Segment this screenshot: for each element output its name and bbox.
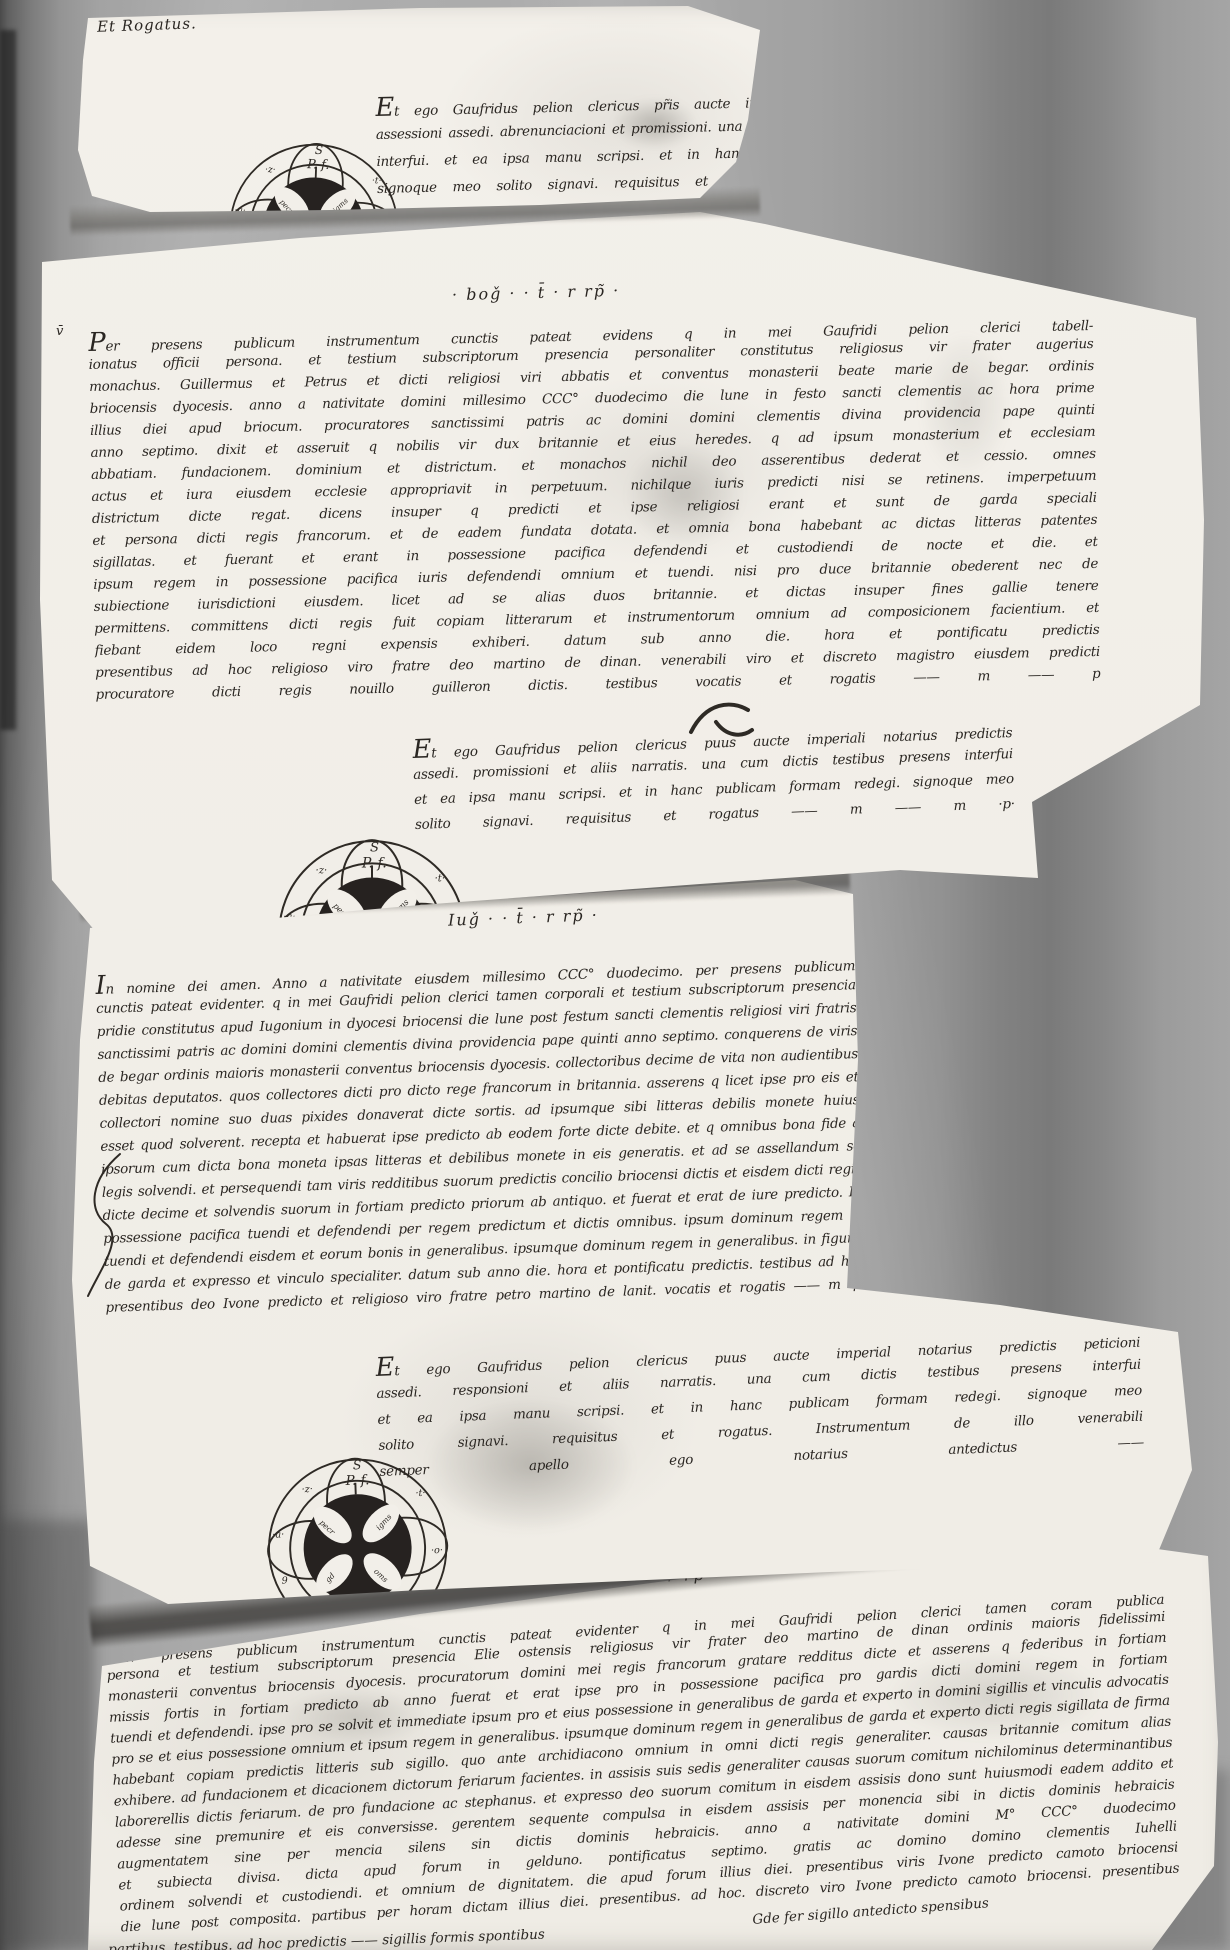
background-dark-strip (0, 30, 16, 730)
notarial-sign-icon (138, 1336, 357, 1555)
pen-flourish-icon (686, 692, 756, 747)
docket-heading: · boǧ · · t̄ · r rp̃ · (452, 281, 621, 304)
notary-subscription-text: Et ego Gaufridus pelion clericus puus au… (375, 1326, 1144, 1485)
background-shadow (0, 1520, 95, 1950)
notarial-sign-icon (112, 21, 324, 228)
charter-body-text: In nomine dei amen. Anno a nativitate ei… (95, 951, 865, 1320)
margin-initial: v̄ (56, 324, 63, 339)
notarial-sign-icon (150, 712, 372, 934)
photograph-of-charters: S P. f. pecr igms gd oms ·a· 9 ·e· v ·i·… (0, 0, 1230, 1950)
pen-flourish-icon (80, 1150, 132, 1300)
docket-heading: Iuǧ · · t̄ · r rp̃ · (448, 905, 599, 929)
charter-body-text: Per presens publicum instrumentum cuncti… (88, 311, 1101, 706)
